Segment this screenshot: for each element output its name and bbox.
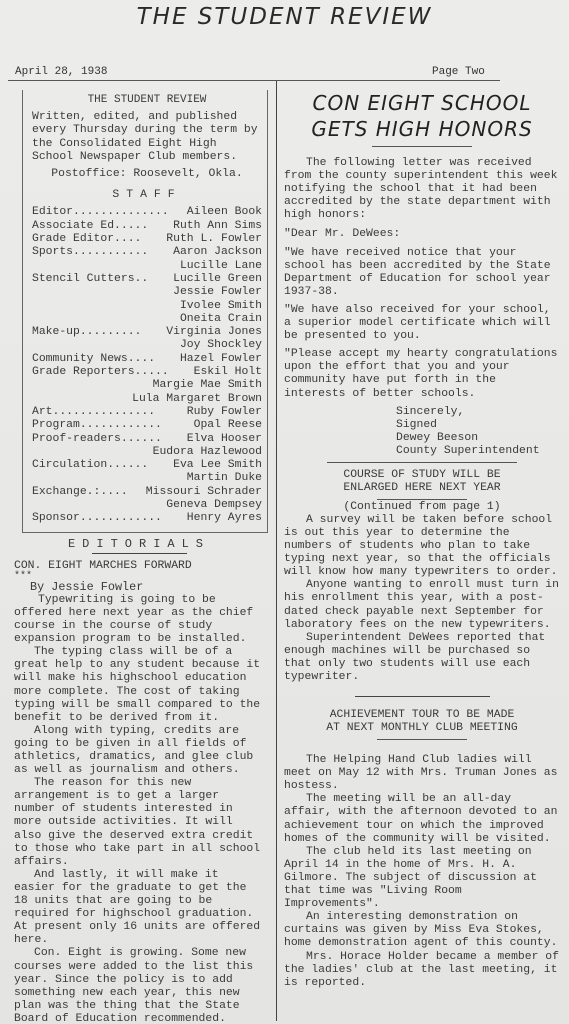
page-number: Page Two	[432, 66, 485, 78]
editorials-heading: EDITORIALS	[14, 538, 264, 551]
editorial-byline: By Jessie Fowler	[30, 581, 264, 594]
club-body: The Helping Hand Club ladies will meet o…	[284, 754, 560, 990]
staff-name: Opal Reese	[194, 419, 262, 432]
staff-name: Ruth L. Fowler	[166, 233, 262, 246]
column-divider	[276, 81, 277, 1021]
editorial-body: Typewriting is going to be offered here …	[14, 594, 264, 1024]
staff-role: Make-up.........	[32, 326, 141, 339]
letter-paragraph: "We have also received for your school, …	[284, 304, 560, 343]
editorial-paragraph: The typing class will be of a great help…	[14, 646, 264, 725]
staff-name: Oneita Crain	[32, 313, 262, 326]
story-end-rule	[355, 696, 490, 697]
course-headline-line1: COURSE OF STUDY WILL BE	[343, 469, 500, 481]
masthead: THE STUDENT REVIEW	[0, 4, 569, 30]
staff-role: Art...............	[32, 406, 155, 419]
headline-rule	[372, 146, 472, 147]
staff-role: Sports...........	[32, 246, 148, 259]
staff-row: Editor..............Aileen Book	[32, 206, 262, 219]
staff-name: Aaron Jackson	[173, 246, 262, 259]
main-intro: The following letter was received from t…	[284, 157, 560, 222]
staff-box: THE STUDENT REVIEW Written, edited, and …	[22, 90, 268, 533]
club-paragraph: The meeting will be an all-day affair, w…	[284, 793, 560, 845]
staff-role: Exchange.:....	[32, 486, 128, 499]
staff-row: Proof-readers......Elva Hooser	[32, 433, 262, 446]
story-separator	[327, 462, 517, 463]
staff-name: Aileen Book	[187, 206, 262, 219]
course-paragraph: Superintendent DeWees reported that enou…	[284, 632, 560, 684]
staff-row: Grade Reporters.....Eskil Holt	[32, 366, 262, 379]
editorial-paragraph: And lastly, it will make it easier for t…	[14, 869, 264, 948]
signoff-line: County Superintendent	[396, 445, 560, 458]
main-headline-line2: GETS HIGH HONORS	[311, 117, 532, 141]
staff-name: Lula Margaret Brown	[32, 393, 262, 406]
staff-name: Lucille Lane	[32, 260, 262, 273]
letter-paragraph: "We have received notice that your schoo…	[284, 247, 560, 299]
club-headline-rule	[377, 739, 467, 740]
club-paragraph: The club held its last meeting on April …	[284, 846, 560, 911]
course-body: A survey will be taken before school is …	[284, 514, 560, 684]
staff-role: Proof-readers......	[32, 433, 162, 446]
staff-name: Henry Ayres	[187, 512, 262, 525]
staff-box-title: THE STUDENT REVIEW	[32, 94, 262, 107]
staff-name: Eudora Hazlewood	[32, 446, 262, 459]
editorial-paragraph: Along with typing, credits are going to …	[14, 725, 264, 777]
staff-row: Sports...........Aaron Jackson	[32, 246, 262, 259]
staff-row: Program............Opal Reese	[32, 419, 262, 432]
course-headline: COURSE OF STUDY WILL BE ENLARGED HERE NE…	[284, 469, 560, 495]
club-paragraph: Mrs. Horace Holder became a member of th…	[284, 951, 560, 990]
staff-name: Jessie Fowler	[32, 286, 262, 299]
staff-role: Sponsor............	[32, 512, 162, 525]
staff-heading: STAFF	[32, 189, 262, 202]
signoff-line: Dewey Beeson	[396, 432, 560, 445]
staff-list: Editor..............Aileen BookAssociate…	[32, 206, 262, 525]
staff-role: Program............	[32, 419, 162, 432]
staff-row: Stencil Cutters..Lucille Green	[32, 273, 262, 286]
staff-role: Stencil Cutters..	[32, 273, 148, 286]
editorial-paragraph: Typewriting is going to be offered here …	[14, 594, 264, 646]
signoff-line: Sincerely,	[396, 406, 560, 419]
club-paragraph: The Helping Hand Club ladies will meet o…	[284, 754, 560, 793]
left-column: THE STUDENT REVIEW Written, edited, and …	[14, 90, 264, 1024]
staff-name: Lucille Green	[173, 273, 262, 286]
course-paragraph: Anyone wanting to enroll must turn in hi…	[284, 579, 560, 631]
publication-description: Written, edited, and published every Thu…	[32, 111, 262, 164]
staff-name: Geneva Dempsey	[32, 499, 262, 512]
staff-role: Editor..............	[32, 206, 169, 219]
club-headline-line2: AT NEXT MONTHLY CLUB MEETING	[326, 722, 517, 734]
postoffice: Postoffice: Roosevelt, Okla.	[32, 168, 262, 181]
right-column: CON EIGHT SCHOOL GETS HIGH HONORS The fo…	[284, 90, 560, 990]
staff-role: Grade Reporters.....	[32, 366, 169, 379]
staff-role: Community News....	[32, 353, 155, 366]
main-headline-line1: CON EIGHT SCHOOL	[313, 91, 532, 115]
letter-body: "We have received notice that your schoo…	[284, 247, 560, 401]
staff-row: Circulation......Eva Lee Smith	[32, 459, 262, 472]
editorials-rule	[92, 553, 187, 554]
staff-row: Grade Editor....Ruth L. Fowler	[32, 233, 262, 246]
staff-name: Missouri Schrader	[146, 486, 262, 499]
staff-name: Joy Shockley	[32, 339, 262, 352]
continued-note: (Continued from page 1)	[284, 501, 560, 514]
staff-row: Sponsor............Henry Ayres	[32, 512, 262, 525]
staff-name: Ruby Fowler	[187, 406, 262, 419]
staff-name: Ruth Ann Sims	[173, 220, 262, 233]
signoff-line: Signed	[396, 419, 560, 432]
editorial-title: CON. EIGHT MARCHES FORWARD	[14, 560, 264, 573]
staff-name: Martin Duke	[32, 472, 262, 485]
club-headline: ACHIEVEMENT TOUR TO BE MADE AT NEXT MONT…	[284, 709, 560, 735]
editorial-paragraph: The reason for this new arrangement is t…	[14, 777, 264, 869]
staff-row: Make-up.........Virginia Jones	[32, 326, 262, 339]
letter-signoff: Sincerely,SignedDewey BeesonCounty Super…	[396, 406, 560, 459]
letter-paragraph: "Please accept my hearty congratulations…	[284, 348, 560, 400]
staff-name: Eskil Holt	[194, 366, 262, 379]
staff-name: Margie Mae Smith	[32, 379, 262, 392]
staff-name: Ivolee Smith	[32, 300, 262, 313]
staff-role: Associate Ed.....	[32, 220, 148, 233]
dateline: April 28, 1938	[15, 66, 107, 78]
staff-name: Virginia Jones	[166, 326, 262, 339]
staff-row: Community News....Hazel Fowler	[32, 353, 262, 366]
course-headline-line2: ENLARGED HERE NEXT YEAR	[343, 482, 500, 494]
staff-name: Hazel Fowler	[180, 353, 262, 366]
staff-row: Associate Ed.....Ruth Ann Sims	[32, 220, 262, 233]
club-paragraph: An interesting demonstration on curtains…	[284, 911, 560, 950]
course-headline-rule	[377, 499, 467, 500]
course-paragraph: A survey will be taken before school is …	[284, 514, 560, 579]
editorial-paragraph: Con. Eight is growing. Some new courses …	[14, 947, 264, 1024]
letter-salutation: "Dear Mr. DeWees:	[284, 228, 560, 241]
staff-name: Eva Lee Smith	[173, 459, 262, 472]
main-headline: CON EIGHT SCHOOL GETS HIGH HONORS	[284, 90, 560, 142]
staff-name: Elva Hooser	[187, 433, 262, 446]
club-headline-line1: ACHIEVEMENT TOUR TO BE MADE	[330, 709, 515, 721]
staff-row: Art...............Ruby Fowler	[32, 406, 262, 419]
newspaper-page: THE STUDENT REVIEW April 28, 1938 Page T…	[0, 0, 569, 1024]
header-rule	[8, 80, 500, 81]
staff-role: Grade Editor....	[32, 233, 141, 246]
staff-row: Exchange.:....Missouri Schrader	[32, 486, 262, 499]
staff-role: Circulation......	[32, 459, 148, 472]
